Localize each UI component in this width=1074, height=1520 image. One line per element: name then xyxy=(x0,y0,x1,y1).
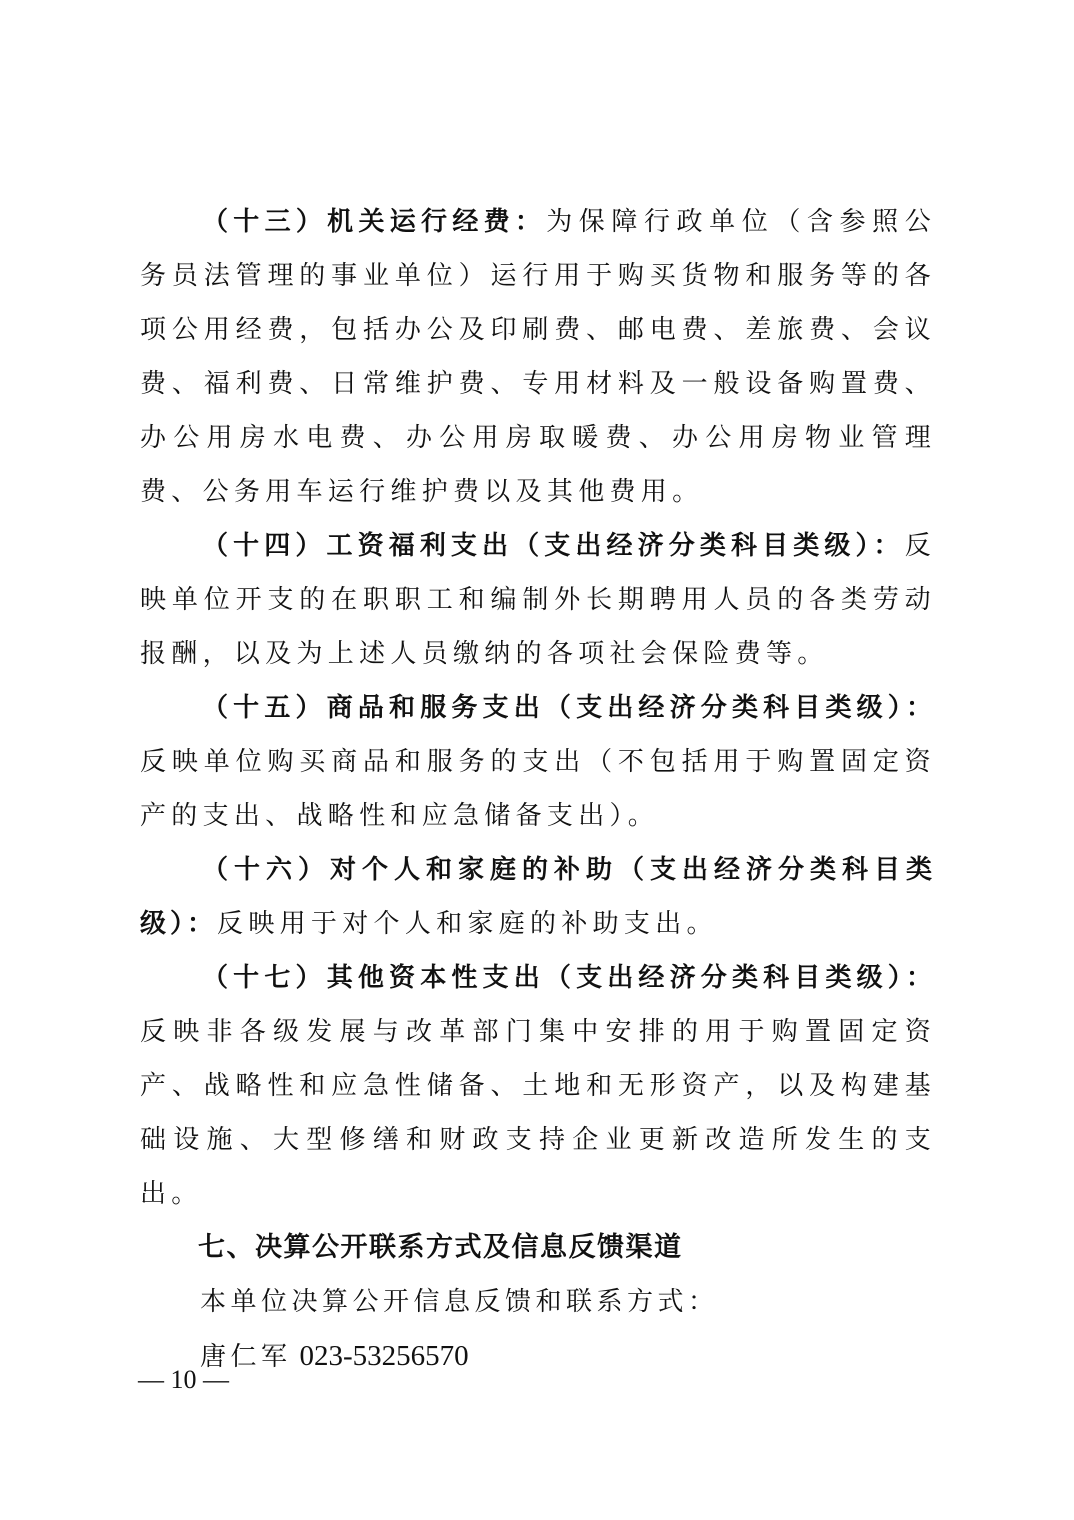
paragraph-lead: （十三）机关运行经费： xyxy=(202,207,546,237)
paragraph-item-14: （十四）工资福利支出（支出经济分类科目类级）：反映单位开支的在职职工和编制外长期… xyxy=(140,519,936,681)
contact-phone: 023-53256570 xyxy=(300,1340,469,1372)
paragraph-item-17: （十七）其他资本性支出（支出经济分类科目类级）：反映非各级发展与改革部门集中安排… xyxy=(140,951,936,1221)
section-heading: 七、决算公开联系方式及信息反馈渠道 xyxy=(140,1221,936,1275)
paragraph-item-13: （十三）机关运行经费：为保障行政单位（含参照公务员法管理的事业单位）运行用于购买… xyxy=(140,195,936,519)
paragraph-body: 反映非各级发展与改革部门集中安排的用于购置固定资产、战略性和应急性储备、土地和无… xyxy=(140,1017,936,1209)
paragraph-body: 为保障行政单位（含参照公务员法管理的事业单位）运行用于购买货物和服务等的各项公用… xyxy=(140,207,936,507)
paragraph-item-16: （十六）对个人和家庭的补助（支出经济分类科目类级）：反映用于对个人和家庭的补助支… xyxy=(140,843,936,951)
paragraph-body: 反映用于对个人和家庭的补助支出。 xyxy=(217,909,718,939)
document-page: （十三）机关运行经费：为保障行政单位（含参照公务员法管理的事业单位）运行用于购买… xyxy=(140,195,936,1384)
paragraph-lead: （十七）其他资本性支出（支出经济分类科目类级）： xyxy=(202,963,936,993)
page-number: — 10 — xyxy=(138,1365,229,1395)
paragraph-body: 反映单位购买商品和服务的支出（不包括用于购置固定资产的支出、战略性和应急储备支出… xyxy=(140,747,936,831)
paragraph-lead: （十五）商品和服务支出（支出经济分类科目类级）： xyxy=(202,693,936,723)
paragraph-lead: （十四）工资福利支出（支出经济分类科目类级）： xyxy=(202,531,905,561)
contact-intro: 本单位决算公开信息反馈和联系方式： xyxy=(140,1275,936,1329)
paragraph-item-15: （十五）商品和服务支出（支出经济分类科目类级）：反映单位购买商品和服务的支出（不… xyxy=(140,681,936,843)
contact-line: 唐仁军023-53256570 xyxy=(140,1329,936,1384)
